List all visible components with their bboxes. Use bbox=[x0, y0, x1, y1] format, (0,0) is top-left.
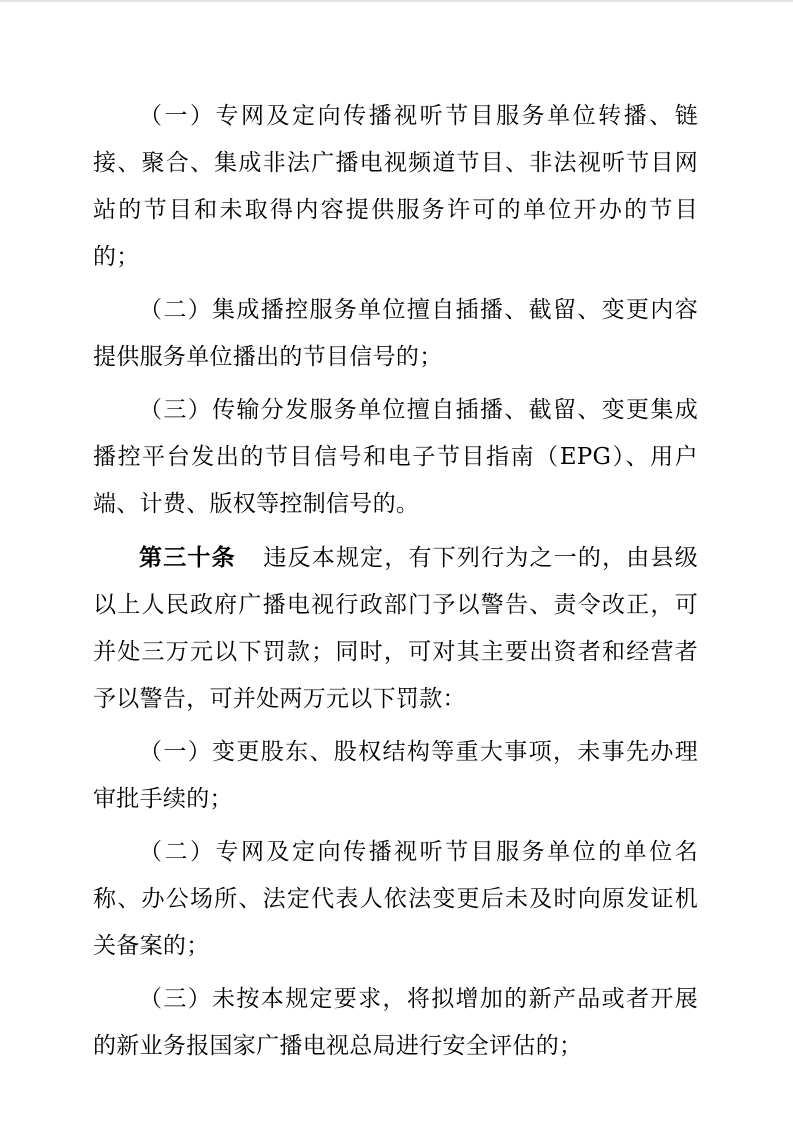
clause-item-6: （三）未按本规定要求，将拟增加的新产品或者开展的新业务报国家广播电视总局进行安全… bbox=[93, 976, 698, 1070]
clause-item-5: （二）专网及定向传播视听节目服务单位的单位名称、办公场所、法定代表人依法变更后未… bbox=[93, 829, 698, 970]
clause-item-1: （一）专网及定向传播视听节目服务单位转播、链接、聚合、集成非法广播电视频道节目、… bbox=[93, 93, 698, 281]
clause-item-3: （三）传输分发服务单位擅自插播、截留、变更集成播控平台发出的节目信号和电子节目指… bbox=[93, 387, 698, 528]
clause-item-4: （一）变更股东、股权结构等重大事项，未事先办理审批手续的； bbox=[93, 729, 698, 823]
article-30-paragraph: 第三十条违反本规定，有下列行为之一的，由县级以上人民政府广播电视行政部门予以警告… bbox=[93, 534, 698, 723]
article-number: 第三十条 bbox=[139, 544, 236, 571]
document-page: （一）专网及定向传播视听节目服务单位转播、链接、聚合、集成非法广播电视频道节目、… bbox=[0, 0, 793, 1122]
clause-item-2: （二）集成播控服务单位擅自插播、截留、变更内容提供服务单位播出的节目信号的； bbox=[93, 287, 698, 381]
